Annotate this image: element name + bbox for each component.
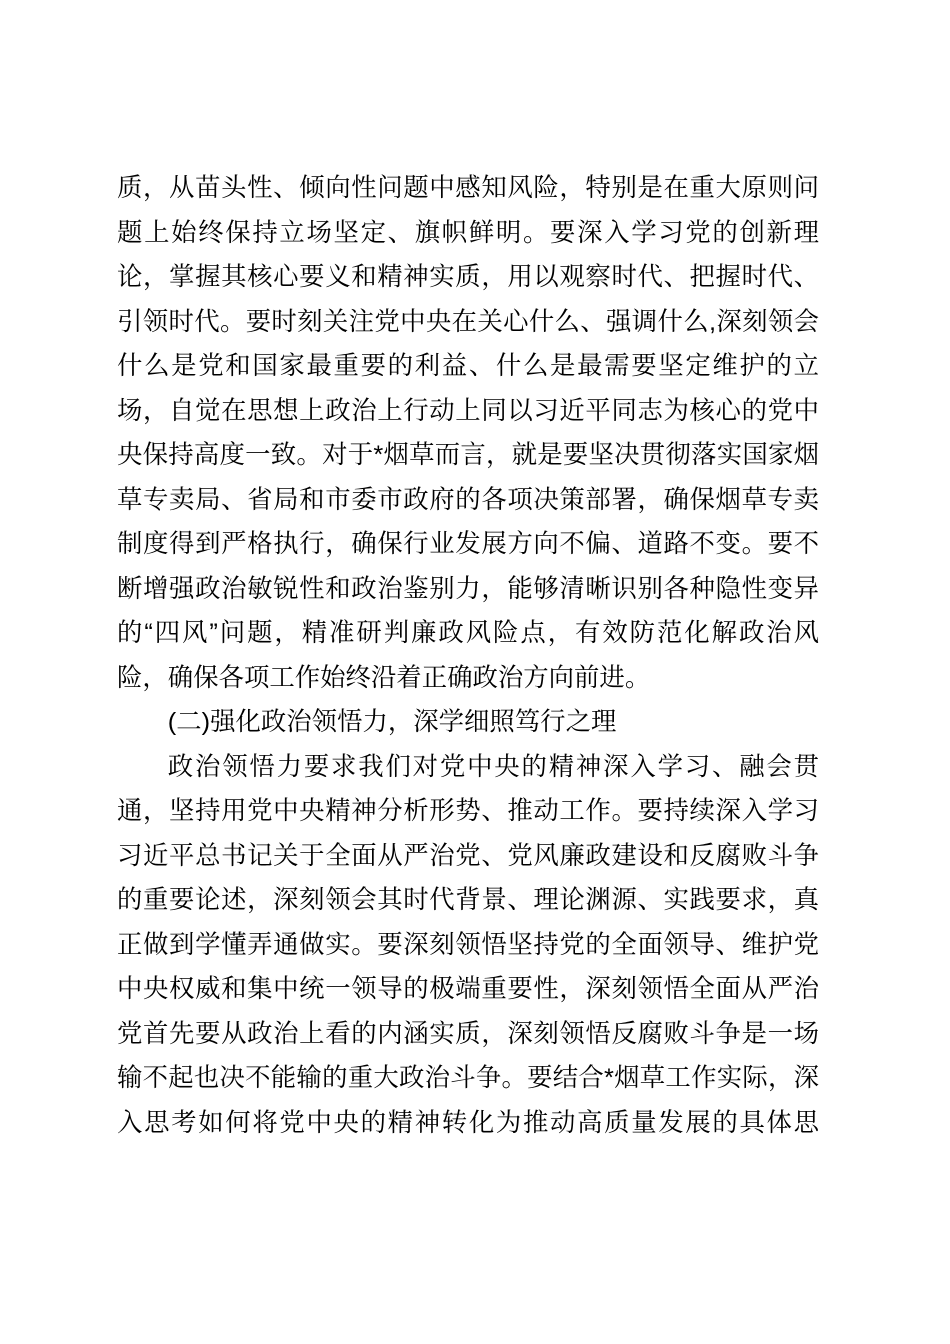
text-line: 政治领悟力要求我们对党中央的精神深入学习、融会贯 — [117, 745, 819, 790]
text-line: 场，自觉在思想上政治上行动上同以习近平同志为核心的党中 — [117, 389, 819, 434]
text-line: 习近平总书记关于全面从严治党、党风廉政建设和反腐败斗争 — [117, 834, 819, 879]
text-line: 制度得到严格执行，确保行业发展方向不偏、道路不变。要不 — [117, 522, 819, 567]
section-heading-text: (二)强化政治领悟力，深学细照笃行之理 — [117, 700, 819, 745]
page-background: { "page": { "background_color": "#ffffff… — [0, 0, 950, 1344]
text-line: 险，确保各项工作始终沿着正确政治方向前进。 — [117, 656, 819, 701]
text-line: 通，坚持用党中央精神分析形势、推动工作。要持续深入学习 — [117, 789, 819, 834]
text-line: 质，从苗头性、倾向性问题中感知风险，特别是在重大原则问 — [117, 166, 819, 211]
text-line: 正做到学懂弄通做实。要深刻领悟坚持党的全面领导、维护党 — [117, 923, 819, 968]
text-line: 引领时代。要时刻关注党中央在关心什么、强调什么,深刻领会 — [117, 300, 819, 345]
text-line: 输不起也决不能输的重大政治斗争。要结合*烟草工作实际，深 — [117, 1056, 819, 1101]
section-heading-2: (二)强化政治领悟力，深学细照笃行之理 — [117, 700, 819, 745]
document-content: 质，从苗头性、倾向性问题中感知风险，特别是在重大原则问 题上始终保持立场坚定、旗… — [117, 166, 819, 1145]
text-line: 央保持高度一致。对于*烟草而言，就是要坚决贯彻落实国家烟 — [117, 433, 819, 478]
text-line: 断增强政治敏锐性和政治鉴别力，能够清晰识别各种隐性变异 — [117, 567, 819, 612]
text-line: 的“四风”问题，精准研判廉政风险点，有效防范化解政治风 — [117, 611, 819, 656]
text-line: 草专卖局、省局和市委市政府的各项决策部署，确保烟草专卖 — [117, 478, 819, 523]
paragraph-political-comprehension: 政治领悟力要求我们对党中央的精神深入学习、融会贯 通，坚持用党中央精神分析形势、… — [117, 745, 819, 1146]
text-line: 论，掌握其核心要义和精神实质，用以观察时代、把握时代、 — [117, 255, 819, 300]
text-line: 题上始终保持立场坚定、旗帜鲜明。要深入学习党的创新理 — [117, 211, 819, 256]
text-line: 什么是党和国家最重要的利益、什么是最需要坚定维护的立 — [117, 344, 819, 389]
text-line: 党首先要从政治上看的内涵实质，深刻领悟反腐败斗争是一场 — [117, 1012, 819, 1057]
text-line: 中央权威和集中统一领导的极端重要性，深刻领悟全面从严治 — [117, 967, 819, 1012]
text-line: 入思考如何将党中央的精神转化为推动高质量发展的具体思 — [117, 1101, 819, 1146]
document-page: 质，从苗头性、倾向性问题中感知风险，特别是在重大原则问 题上始终保持立场坚定、旗… — [0, 0, 950, 1344]
paragraph-continued: 质，从苗头性、倾向性问题中感知风险，特别是在重大原则问 题上始终保持立场坚定、旗… — [117, 166, 819, 700]
text-line: 的重要论述，深刻领会其时代背景、理论渊源、实践要求，真 — [117, 878, 819, 923]
